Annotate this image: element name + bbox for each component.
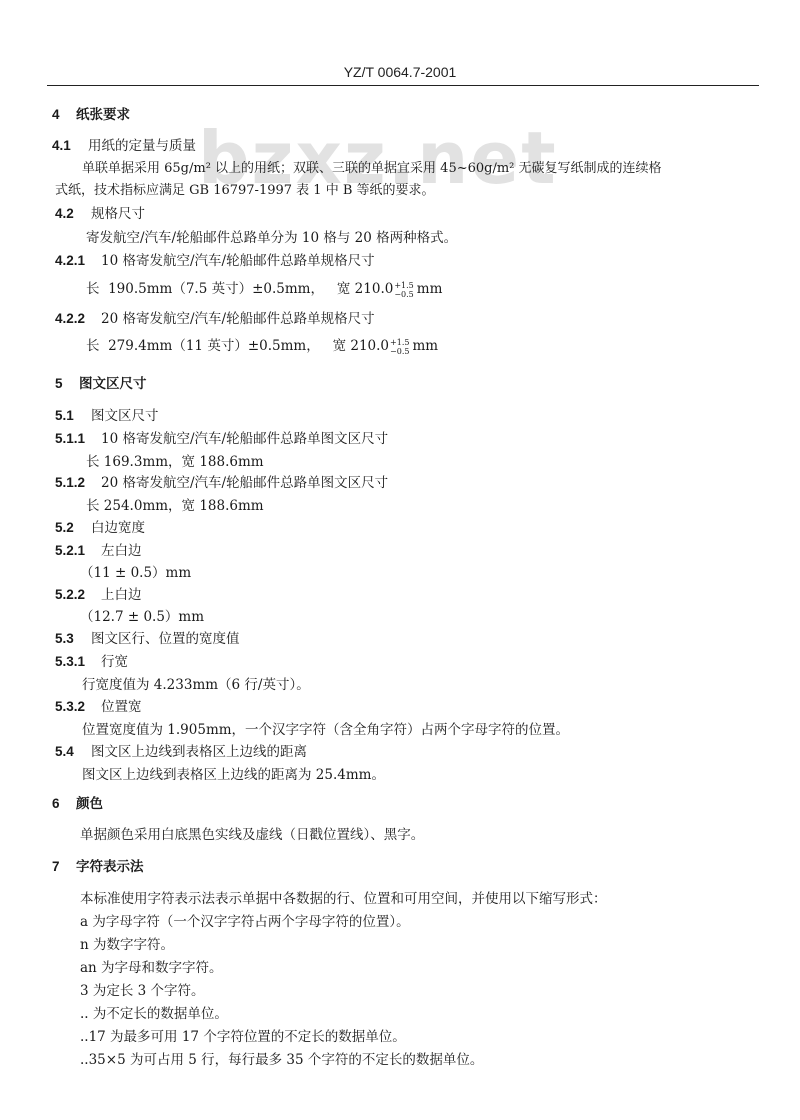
list-item: an 为字母和数字字符。 xyxy=(80,959,223,977)
width-label: 宽 xyxy=(333,338,347,354)
list-item: .. 为不定长的数据单位。 xyxy=(80,1005,228,1023)
section-title: 白边宽度 xyxy=(91,520,145,536)
section-number: 5.3.2 xyxy=(55,698,101,716)
section-title: 规格尺寸 xyxy=(91,206,145,222)
section-number: 5.1 xyxy=(55,407,91,425)
width-label: 宽 xyxy=(337,281,351,297)
section-title: 图文区行、位置的宽度值 xyxy=(91,631,240,647)
width-unit: mm xyxy=(412,338,438,354)
section-4-2-2-dimensions: 长 279.4mm（11 英寸）±0.5mm， 宽 210.0+1.5−0.5m… xyxy=(86,337,438,356)
width-unit: mm xyxy=(417,281,443,297)
section-5-3-1-body: 行宽度值为 4.233mm（6 行/英寸）。 xyxy=(82,676,310,694)
section-number: 4.2.2 xyxy=(55,310,101,328)
section-number: 4.2.1 xyxy=(55,252,101,270)
list-item: 3 为定长 3 个字符。 xyxy=(80,982,205,1000)
tolerance-upper: +1.5 xyxy=(390,338,409,347)
section-5-1-heading: 5.1图文区尺寸 xyxy=(55,407,159,425)
section-6-heading: 6颜色 xyxy=(52,795,103,813)
section-4-heading: 4纸张要求 xyxy=(52,106,130,124)
section-number: 4.2 xyxy=(55,205,91,223)
section-number: 4.1 xyxy=(52,137,88,155)
section-number: 5.2 xyxy=(55,519,91,537)
section-4-1-body-line1: 单联单据采用 65g/m² 以上的用纸；双联、三联的单据宜采用 45~60g/m… xyxy=(82,160,662,178)
section-4-2-1-heading: 4.2.110 格寄发航空/汽车/轮船邮件总路单规格尺寸 xyxy=(55,252,375,270)
section-5-2-2-heading: 5.2.2上白边 xyxy=(55,586,142,604)
section-number: 7 xyxy=(52,858,76,876)
section-4-2-2-heading: 4.2.220 格寄发航空/汽车/轮船邮件总路单规格尺寸 xyxy=(55,310,375,328)
section-5-1-2-heading: 5.1.220 格寄发航空/汽车/轮船邮件总路单图文区尺寸 xyxy=(55,474,388,492)
section-title: 行宽 xyxy=(101,654,128,670)
width-tolerance: +1.5−0.5 xyxy=(394,281,413,299)
section-4-1-heading: 4.1用纸的定量与质量 xyxy=(52,137,196,155)
section-7-intro: 本标准使用字符表示法表示单据中各数据的行、位置和可用空间，并使用以下缩写形式： xyxy=(80,890,607,908)
section-6-body: 单据颜色采用白底黑色实线及虚线（日戳位置线）、黑字。 xyxy=(80,826,424,844)
section-5-3-2-body: 位置宽度值为 1.905mm，一个汉字字符（含全角字符）占两个字母字符的位置。 xyxy=(82,721,569,739)
section-title: 颜色 xyxy=(76,796,103,812)
section-5-1-1-body: 长 169.3mm，宽 188.6mm xyxy=(86,453,264,471)
section-5-heading: 5图文区尺寸 xyxy=(55,375,147,393)
section-number: 5.3.1 xyxy=(55,653,101,671)
section-number: 5.1.1 xyxy=(55,430,101,448)
standard-code-header: YZ/T 0064.7-2001 xyxy=(0,64,800,80)
list-item: a 为字母字符（一个汉字字符占两个字母字符的位置）。 xyxy=(80,913,410,931)
section-5-4-body: 图文区上边线到表格区上边线的距离为 25.4mm。 xyxy=(82,766,385,784)
section-5-4-heading: 5.4图文区上边线到表格区上边线的距离 xyxy=(55,743,307,761)
section-title: 图文区上边线到表格区上边线的距离 xyxy=(91,744,307,760)
section-title: 10 格寄发航空/汽车/轮船邮件总路单规格尺寸 xyxy=(101,253,375,269)
length-label: 长 xyxy=(86,338,100,354)
section-title: 20 格寄发航空/汽车/轮船邮件总路单规格尺寸 xyxy=(101,311,375,327)
tolerance-lower: −0.5 xyxy=(394,290,413,299)
section-number: 5.1.2 xyxy=(55,474,101,492)
section-number: 5 xyxy=(55,375,79,393)
section-number: 4 xyxy=(52,106,76,124)
section-title: 20 格寄发航空/汽车/轮船邮件总路单图文区尺寸 xyxy=(101,475,388,491)
length-label: 长 xyxy=(86,281,100,297)
list-item: ..17 为最多可用 17 个字符位置的不定长的数据单位。 xyxy=(80,1028,406,1046)
list-item: n 为数字字符。 xyxy=(80,936,174,954)
section-title: 图文区尺寸 xyxy=(79,376,147,392)
section-5-2-2-body: （12.7 ± 0.5）mm xyxy=(80,608,204,626)
list-item: ..35×5 为可占用 5 行，每行最多 35 个字符的不定长的数据单位。 xyxy=(80,1051,483,1069)
section-7-heading: 7字符表示法 xyxy=(52,858,144,876)
tolerance-upper: +1.5 xyxy=(394,281,413,290)
section-5-1-2-body: 长 254.0mm，宽 188.6mm xyxy=(86,497,264,515)
section-5-1-1-heading: 5.1.110 格寄发航空/汽车/轮船邮件总路单图文区尺寸 xyxy=(55,430,388,448)
section-5-3-heading: 5.3图文区行、位置的宽度值 xyxy=(55,630,240,648)
section-number: 6 xyxy=(52,795,76,813)
section-4-2-1-dimensions: 长 190.5mm（7.5 英寸）±0.5mm， 宽 210.0+1.5−0.5… xyxy=(86,280,442,299)
section-4-2-heading: 4.2规格尺寸 xyxy=(55,205,145,223)
width-value: 210.0 xyxy=(355,281,394,297)
document-page: bzxz.net YZ/T 0064.7-2001 4纸张要求 4.1用纸的定量… xyxy=(0,0,800,1120)
section-4-1-body-line2: 式纸，技术指标应满足 GB 16797-1997 表 1 中 B 等纸的要求。 xyxy=(55,182,435,200)
section-title: 用纸的定量与质量 xyxy=(88,138,196,154)
header-divider xyxy=(47,85,759,86)
section-title: 10 格寄发航空/汽车/轮船邮件总路单图文区尺寸 xyxy=(101,431,388,447)
section-5-2-1-body: （11 ± 0.5）mm xyxy=(80,564,191,582)
section-title: 图文区尺寸 xyxy=(91,408,159,424)
section-5-3-2-heading: 5.3.2位置宽 xyxy=(55,698,142,716)
section-title: 字符表示法 xyxy=(76,859,144,875)
tolerance-lower: −0.5 xyxy=(390,347,409,356)
section-number: 5.2.1 xyxy=(55,542,101,560)
length-value: 279.4mm（11 英寸）±0.5mm， xyxy=(108,338,320,354)
section-5-3-1-heading: 5.3.1行宽 xyxy=(55,653,128,671)
section-number: 5.3 xyxy=(55,630,91,648)
section-4-2-body: 寄发航空/汽车/轮船邮件总路单分为 10 格与 20 格两种格式。 xyxy=(86,229,457,247)
section-5-2-heading: 5.2白边宽度 xyxy=(55,519,145,537)
section-title: 位置宽 xyxy=(101,699,142,715)
section-title: 纸张要求 xyxy=(76,107,130,123)
section-5-2-1-heading: 5.2.1左白边 xyxy=(55,542,142,560)
section-number: 5.4 xyxy=(55,743,91,761)
section-number: 5.2.2 xyxy=(55,586,101,604)
width-value: 210.0 xyxy=(350,338,389,354)
section-title: 上白边 xyxy=(101,587,142,603)
section-title: 左白边 xyxy=(101,543,142,559)
width-tolerance: +1.5−0.5 xyxy=(390,338,409,356)
length-value: 190.5mm（7.5 英寸）±0.5mm， xyxy=(108,281,324,297)
